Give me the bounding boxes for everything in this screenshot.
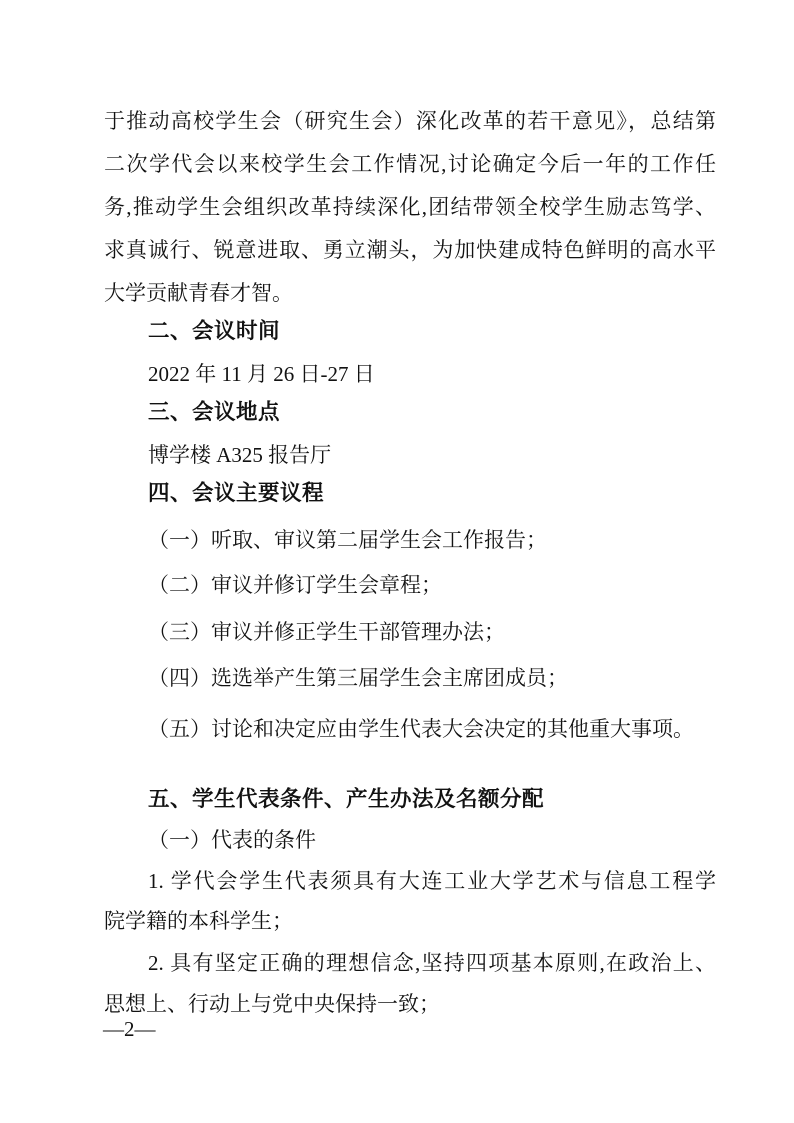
intro-paragraph-line-2: 二次学代会以来校学生会工作情况,讨论确定今后一年的工作任 (104, 151, 716, 177)
agenda-item-4: （四）选选举产生第三届学生会主席团成员； (104, 665, 716, 691)
section-heading-meeting-place: 三、会议地点 (104, 399, 716, 425)
delegate-conditions-subheading: （一）代表的条件 (104, 827, 716, 853)
intro-paragraph-line-4: 求真诚行、锐意进取、勇立潮头，为加快建成特色鲜明的高水平 (104, 237, 716, 263)
intro-paragraph-line-5: 大学贡献青春才智。 (104, 280, 716, 306)
page-number: —2— (103, 1016, 156, 1042)
intro-paragraph-line-1: 于推动高校学生会（研究生会）深化改革的若干意见》，总结第 (104, 108, 716, 134)
delegate-condition-2-line-1: 2. 具有坚定正确的理想信念,坚持四项基本原则,在政治上、 (104, 950, 716, 976)
agenda-item-3: （三）审议并修正学生干部管理办法； (104, 619, 716, 645)
agenda-item-1: （一）听取、审议第二届学生会工作报告； (104, 527, 716, 553)
meeting-time-value: 2022 年 11 月 26 日-27 日 (104, 361, 716, 387)
section-heading-agenda: 四、会议主要议程 (104, 480, 716, 506)
agenda-item-5: （五）讨论和决定应由学生代表大会决定的其他重大事项。 (104, 716, 716, 742)
delegate-condition-2-line-2: 思想上、行动上与党中央保持一致； (104, 991, 716, 1017)
section-heading-delegate-conditions: 五、学生代表条件、产生办法及名额分配 (104, 786, 716, 812)
agenda-item-2: （二）审议并修订学生会章程； (104, 572, 716, 598)
intro-paragraph-line-3: 务,推动学生会组织改革持续深化,团结带领全校学生励志笃学、 (104, 194, 716, 220)
section-heading-meeting-time: 二、会议时间 (104, 318, 716, 344)
delegate-condition-1-line-2: 院学籍的本科学生； (104, 908, 716, 934)
meeting-place-value: 博学楼 A325 报告厅 (104, 442, 716, 468)
document-page: 于推动高校学生会（研究生会）深化改革的若干意见》，总结第 二次学代会以来校学生会… (0, 0, 794, 1123)
delegate-condition-1-line-1: 1. 学代会学生代表须具有大连工业大学艺术与信息工程学 (104, 868, 716, 894)
